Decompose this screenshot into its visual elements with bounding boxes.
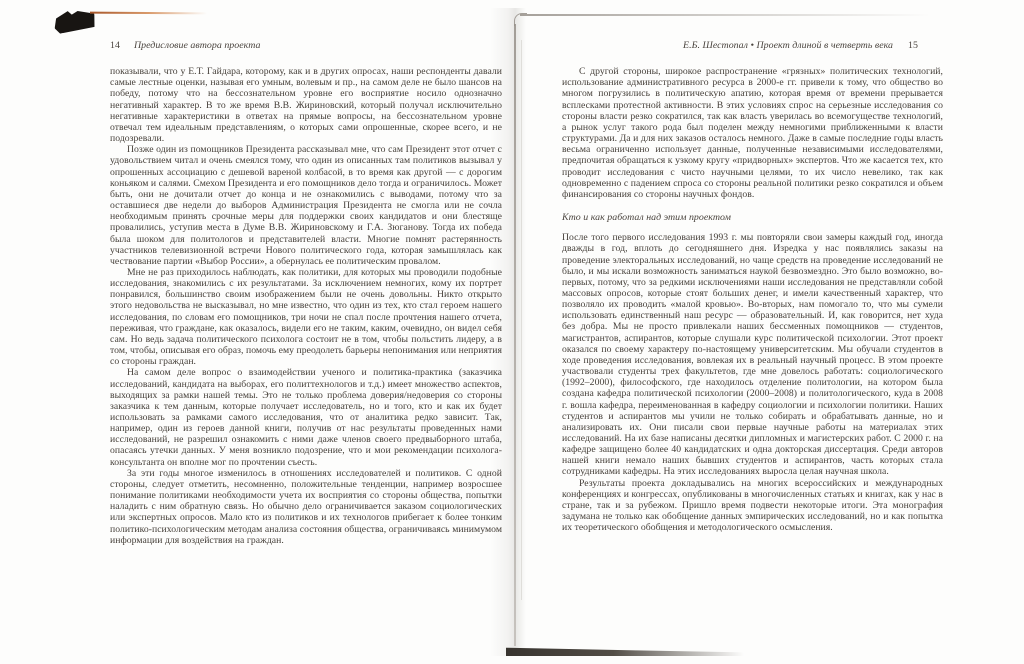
left-running-head: 14 Предисловие автора проекта: [110, 40, 502, 51]
bottom-page-shadow: [506, 647, 744, 656]
section-heading: Кто и как работал над этим проектом: [562, 212, 943, 223]
paragraph: За эти годы многое изменилось в отношени…: [110, 468, 502, 546]
paragraph: Результаты проекта докладывались на мног…: [562, 478, 943, 534]
paragraph: Позже один из помощников Президента расс…: [110, 144, 502, 267]
right-running-head: Е.Б. Шестопал • Проект длиной в четверть…: [562, 40, 943, 51]
right-page-edge-left: [514, 24, 516, 646]
left-page-number: 14: [110, 40, 120, 51]
right-running-title: Е.Б. Шестопал • Проект длиной в четверть…: [683, 40, 893, 51]
paragraph: После того первого исследования 1993 г. …: [562, 232, 943, 477]
right-page-edge-top: [520, 14, 930, 16]
paragraph: На самом деле вопрос о взаимодействии уч…: [110, 367, 502, 467]
right-page: Е.Б. Шестопал • Проект длиной в четверть…: [562, 40, 943, 533]
bookmark-thread: [90, 12, 207, 14]
paragraph: С другой стороны, широкое распространени…: [562, 66, 943, 200]
right-page-number: 15: [908, 40, 918, 51]
left-running-title: Предисловие автора проекта: [134, 40, 261, 51]
left-page: 14 Предисловие автора проекта показывали…: [110, 40, 502, 546]
paragraph: показывали, что у Е.Т. Гайдара, которому…: [110, 66, 502, 144]
book-scan: 14 Предисловие автора проекта показывали…: [0, 0, 1024, 664]
right-page-edge-inner: [521, 40, 522, 600]
paragraph: Мне не раз приходилось наблюдать, как по…: [110, 267, 502, 367]
